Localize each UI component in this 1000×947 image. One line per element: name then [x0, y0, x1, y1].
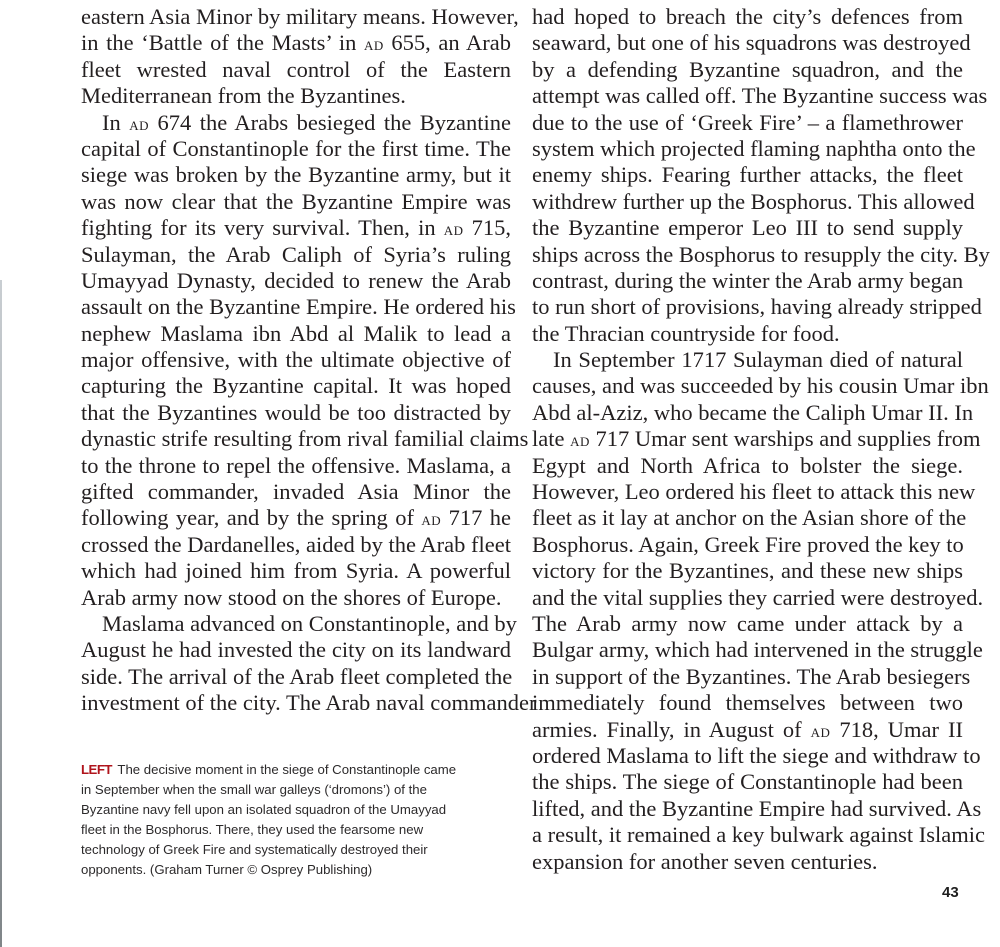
text-line: Egypt and North Africa to bolster the si… — [532, 453, 963, 479]
text-line: expansion for another seven centuries. — [532, 849, 963, 875]
body-text-left-column: eastern Asia Minor by military means. Ho… — [81, 4, 511, 717]
caption-line: in September when the small war galleys … — [81, 782, 427, 797]
text-line: siege was broken by the Byzantine army, … — [81, 162, 511, 188]
text-line: side. The arrival of the Arab fleet comp… — [81, 664, 511, 690]
caption-line: fleet in the Bosphorus. There, they used… — [81, 822, 423, 837]
text-line: assault on the Byzantine Empire. He orde… — [81, 294, 511, 320]
text-line: that the Byzantines would be too distrac… — [81, 400, 511, 426]
text-line: Umayyad Dynasty, decided to renew the Ar… — [81, 268, 511, 294]
text-line: nephew Maslama ibn Abd al Malik to lead … — [81, 321, 511, 347]
caption-label: LEFT — [81, 762, 112, 777]
text-line: victory for the Byzantines, and these ne… — [532, 558, 963, 584]
text-line: which had joined him from Syria. A power… — [81, 558, 511, 584]
text-line: capital of Constantinople for the first … — [81, 136, 511, 162]
text-line: Bosphorus. Again, Greek Fire proved the … — [532, 532, 963, 558]
text-line: fleet wrested naval control of the Easte… — [81, 57, 511, 83]
text-line: the Byzantine emperor Leo III to send su… — [532, 215, 963, 241]
text-line: armies. Finally, in August of ad 718, Um… — [532, 717, 963, 743]
text-line: immediately found themselves between two — [532, 690, 963, 716]
text-line: fighting for its very survival. Then, in… — [81, 215, 511, 241]
text-line: Maslama advanced on Constantinople, and … — [81, 611, 511, 637]
body-text-right-column: had hoped to breach the city’s defences … — [532, 4, 963, 875]
text-line: gifted commander, invaded Asia Minor the — [81, 479, 511, 505]
text-line: investment of the city. The Arab naval c… — [81, 690, 511, 716]
text-line: However, Leo ordered his fleet to attack… — [532, 479, 963, 505]
text-line: major offensive, with the ultimate objec… — [81, 347, 511, 373]
text-line: to run short of provisions, having alrea… — [532, 294, 963, 320]
text-line: the Thracian countryside for food. — [532, 321, 963, 347]
caption-line: Byzantine navy fell upon an isolated squ… — [81, 802, 446, 817]
text-line: contrast, during the winter the Arab arm… — [532, 268, 963, 294]
text-line: the ships. The siege of Constantinople h… — [532, 769, 963, 795]
text-line: system which projected flaming naphtha o… — [532, 136, 963, 162]
text-line: Mediterranean from the Byzantines. — [81, 83, 511, 109]
text-line: causes, and was succeeded by his cousin … — [532, 373, 963, 399]
text-line: seaward, but one of his squadrons was de… — [532, 30, 963, 56]
text-line: Sulayman, the Arab Caliph of Syria’s rul… — [81, 242, 511, 268]
text-line: ordered Maslama to lift the siege and wi… — [532, 743, 963, 769]
text-line: fleet as it lay at anchor on the Asian s… — [532, 505, 963, 531]
text-line: capturing the Byzantine capital. It was … — [81, 373, 511, 399]
text-line: withdrew further up the Bosphorus. This … — [532, 189, 963, 215]
text-line: enemy ships. Fearing further attacks, th… — [532, 162, 963, 188]
page-number: 43 — [942, 884, 959, 901]
text-line: was now clear that the Byzantine Empire … — [81, 189, 511, 215]
text-line: by a defending Byzantine squadron, and t… — [532, 57, 963, 83]
caption-line: The decisive moment in the siege of Cons… — [117, 762, 456, 777]
text-line: a result, it remained a key bulwark agai… — [532, 822, 963, 848]
text-line: Abd al-Aziz, who became the Caliph Umar … — [532, 400, 963, 426]
text-line: crossed the Dardanelles, aided by the Ar… — [81, 532, 511, 558]
text-line: late ad 717 Umar sent warships and suppl… — [532, 426, 963, 452]
text-line: In September 1717 Sulayman died of natur… — [532, 347, 963, 373]
image-caption: LEFT The decisive moment in the siege of… — [81, 760, 501, 880]
text-line: attempt was called off. The Byzantine su… — [532, 83, 963, 109]
caption-line: technology of Greek Fire and systematica… — [81, 842, 428, 857]
text-line: lifted, and the Byzantine Empire had sur… — [532, 796, 963, 822]
text-line: Bulgar army, which had intervened in the… — [532, 637, 963, 663]
text-line: In ad 674 the Arabs besieged the Byzanti… — [81, 110, 511, 136]
text-line: The Arab army now came under attack by a — [532, 611, 963, 637]
caption-line: opponents. (Graham Turner © Osprey Publi… — [81, 862, 372, 877]
page-spine-edge — [0, 280, 2, 947]
text-line: had hoped to breach the city’s defences … — [532, 4, 963, 30]
text-line: August he had invested the city on its l… — [81, 637, 511, 663]
text-line: due to the use of ‘Greek Fire’ – a flame… — [532, 110, 963, 136]
text-line: ships across the Bosphorus to resupply t… — [532, 242, 963, 268]
text-line: to the throne to repel the offensive. Ma… — [81, 453, 511, 479]
text-line: in the ‘Battle of the Masts’ in ad 655, … — [81, 30, 511, 56]
text-line: Arab army now stood on the shores of Eur… — [81, 585, 511, 611]
text-line: and the vital supplies they carried were… — [532, 585, 963, 611]
text-line: following year, and by the spring of ad … — [81, 505, 511, 531]
text-line: in support of the Byzantines. The Arab b… — [532, 664, 963, 690]
text-line: eastern Asia Minor by military means. Ho… — [81, 4, 511, 30]
text-line: dynastic strife resulting from rival fam… — [81, 426, 511, 452]
